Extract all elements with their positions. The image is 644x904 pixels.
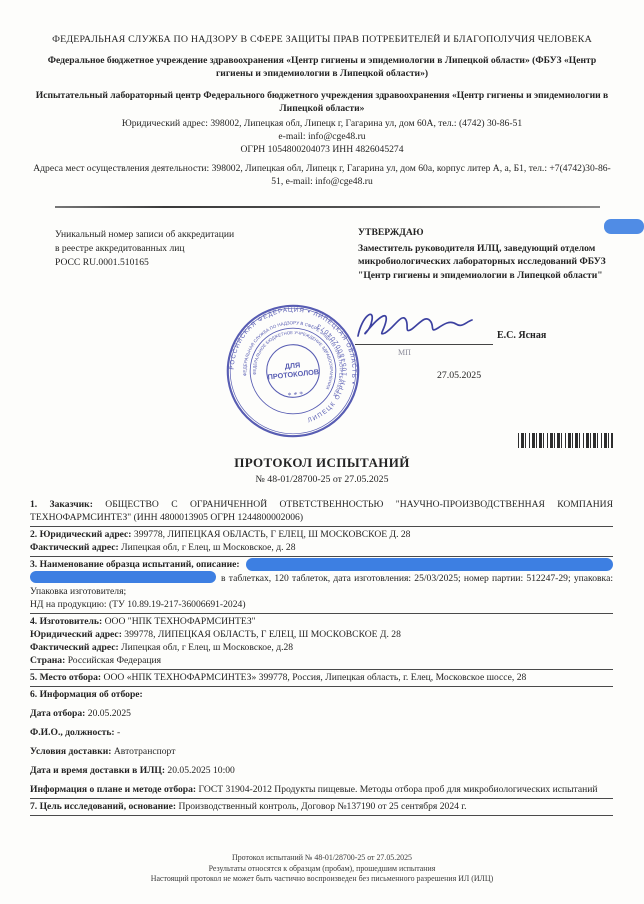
signer-name: Е.С. Ясная [497,329,546,342]
stamp-stars: * * * [287,389,304,400]
section3-label: 3. Наименование образца испытаний, описа… [30,558,240,571]
accreditation-line1: Уникальный номер записи об аккредитации [55,228,305,242]
approval-date: 27.05.2025 [437,369,481,382]
arrival-label: Дата и время доставки в ИЛЦ: [30,765,165,776]
signature-underline [355,344,493,345]
federal-service-name: ФЕДЕРАЛЬНАЯ СЛУЖБА ПО НАДЗОРУ В СФЕРЕ ЗА… [30,33,614,46]
document-title: ПРОТОКОЛ ИСПЫТАНИЙ [30,455,614,471]
arrival-text: 20.05.2025 10:00 [167,765,234,776]
delivery-row: Условия доставки: Автотранспорт [30,745,613,758]
activity-addresses: Адреса мест осуществления деятельности: … [30,162,614,188]
section-legal-address: 2. Юридический адрес: 399778, ЛИПЕЦКАЯ О… [30,527,613,557]
signature-stroke [358,314,472,336]
protocol-document-page: ФЕДЕРАЛЬНАЯ СЛУЖБА ПО НАДЗОРУ В СФЕРЕ ЗА… [0,0,644,904]
accreditation-block: Уникальный номер записи об аккредитации … [55,228,305,270]
section1-text: ОБЩЕСТВО С ОГРАНИЧЕННОЙ ОТВЕТСТВЕННОСТЬЮ… [30,499,613,523]
section4-legal-text: 399778, ЛИПЕЦКАЯ ОБЛАСТЬ, Г ЕЛЕЦ, Ш МОСК… [124,629,401,640]
section5-label: 5. Место отбора: [30,672,101,683]
section7-label: 7. Цель исследований, основание: [30,801,176,812]
fio-text: - [117,727,120,738]
sample-name-row: 3. Наименование образца испытаний, описа… [30,558,613,571]
sections: 1. Заказчик: ОБЩЕСТВО С ОГРАНИЧЕННОЙ ОТВ… [30,497,613,816]
section4-legal-label: Юридический адрес: [30,629,122,640]
redaction-bar-top-right [604,219,644,234]
footer-copy-restriction: Настоящий протокол не может быть частичн… [30,874,614,885]
footer-results-note: Результаты относятся к образцам (пробам)… [30,864,614,875]
approval-role: Заместитель руководителя ИЛЦ, заведующий… [358,242,608,283]
section-customer: 1. Заказчик: ОБЩЕСТВО С ОГРАНИЧЕННОЙ ОТВ… [30,497,613,527]
section-sampling-info: 6. Информация об отборе: Дата отбора: 20… [30,687,613,799]
ogrn-inn: ОГРН 1054800204073 ИНН 4826045274 [30,143,614,156]
redaction-bar-sample-name [246,558,613,571]
section2-fact-label: Фактический адрес: [30,542,119,553]
stamp-center-line2: ПРОТОКОЛОВ [267,367,319,381]
redaction-bar-sample-name-2 [30,571,216,583]
approval-block: УТВЕРЖДАЮ Заместитель руководителя ИЛЦ, … [358,226,608,282]
sampling-method-row: Информация о плане и методе отбора: ГОСТ… [30,783,613,796]
accreditation-number: РОСС RU.0001.510165 [55,256,305,270]
section7-text: Производственный контроль, Договор №1371… [179,801,467,812]
barcode [518,433,613,448]
section2-text: 399778, ЛИПЕЦКАЯ ОБЛАСТЬ, Г ЕЛЕЦ, Ш МОСК… [134,529,411,540]
round-stamp: РОССИЙСКАЯ ФЕДЕРАЦИЯ • ЛИПЕЦКАЯ ОБЛАСТЬ … [213,291,373,451]
manufacturer-country-row: Страна: Российская Федерация [30,654,613,667]
document-number: № 48-01/28700-25 от 27.05.2025 [30,473,614,486]
document-footer: Протокол испытаний № 48-01/28700-25 от 2… [30,853,614,885]
document-title-block: ПРОТОКОЛ ИСПЫТАНИЙ № 48-01/28700-25 от 2… [30,455,614,486]
signature-image [352,306,477,348]
customer-actual-address-row: Фактический адрес: Липецкая обл, г Елец,… [30,541,613,554]
section-purpose: 7. Цель исследований, основание: Произво… [30,799,613,816]
legal-address: Юридический адрес: 398002, Липецкая обл,… [30,117,614,130]
manufacturer-legal-address-row: Юридический адрес: 399778, ЛИПЕЦКАЯ ОБЛА… [30,628,613,641]
fio-row: Ф.И.О., должность: - [30,726,613,739]
manufacturer-actual-address-row: Фактический адрес: Липецкая обл, г Елец,… [30,641,613,654]
sampling-date-label: Дата отбора: [30,708,85,719]
section4-fact-text: Липецкая обл, г Елец, ш Московское, д.28 [121,642,293,653]
section4-country-label: Страна: [30,655,65,666]
sampling-method-text: ГОСТ 31904-2012 Продукты пищевые. Методы… [199,784,598,795]
email: e-mail: info@cge48.ru [30,130,614,143]
section-manufacturer: 4. Изготовитель: ООО "НПК ТЕХНОФАРМСИНТЕ… [30,614,613,670]
section2-fact-text: Липецкая обл, г Елец, ш Московское, д. 2… [121,542,295,553]
sampling-method-label: Информация о плане и методе отбора: [30,784,196,795]
sampling-date-row: Дата отбора: 20.05.2025 [30,707,613,720]
delivery-text: Автотранспорт [114,746,176,757]
section4-country-text: Российская Федерация [68,655,161,666]
arrival-row: Дата и время доставки в ИЛЦ: 20.05.2025 … [30,764,613,777]
section-sample-name: 3. Наименование образца испытаний, описа… [30,557,613,614]
section4-label: 4. Изготовитель: [30,616,102,627]
header-divider [55,206,600,208]
section5-text: ООО «НПК ТЕХНОФАРМСИНТЕЗ» 399778, Россия… [104,672,527,683]
laboratory-center-name: Испытательный лабораторный центр Федерал… [30,89,614,115]
manufacturer-row: 4. Изготовитель: ООО "НПК ТЕХНОФАРМСИНТЕ… [30,615,613,628]
fio-label: Ф.И.О., должность: [30,727,115,738]
section4-text: ООО "НПК ТЕХНОФАРМСИНТЕЗ" [105,616,256,627]
organization-name: Федеральное бюджетное учреждение здравоо… [30,54,614,80]
sampling-date-text: 20.05.2025 [88,708,131,719]
stamp-place-label: МП [398,346,411,359]
section1-label: 1. Заказчик: [30,499,93,510]
section2-label: 2. Юридический адрес: [30,529,131,540]
section-sampling-place: 5. Место отбора: ООО «НПК ТЕХНОФАРМСИНТЕ… [30,670,613,687]
section6-label: 6. Информация об отборе: [30,688,613,701]
document-header: ФЕДЕРАЛЬНАЯ СЛУЖБА ПО НАДЗОРУ В СФЕРЕ ЗА… [30,33,614,188]
delivery-label: Условия доставки: [30,746,111,757]
approval-title: УТВЕРЖДАЮ [358,226,608,240]
customer-legal-address-row: 2. Юридический адрес: 399778, ЛИПЕЦКАЯ О… [30,528,613,541]
accreditation-line2: в реестре аккредитованных лиц [55,242,305,256]
section4-fact-label: Фактический адрес: [30,642,119,653]
sample-description-row: в таблетках, 120 таблеток, дата изготовл… [30,571,613,598]
footer-protocol-number: Протокол испытаний № 48-01/28700-25 от 2… [30,853,614,864]
nd-product-row: НД на продукцию: (ТУ 10.89.19-217-360066… [30,598,613,611]
